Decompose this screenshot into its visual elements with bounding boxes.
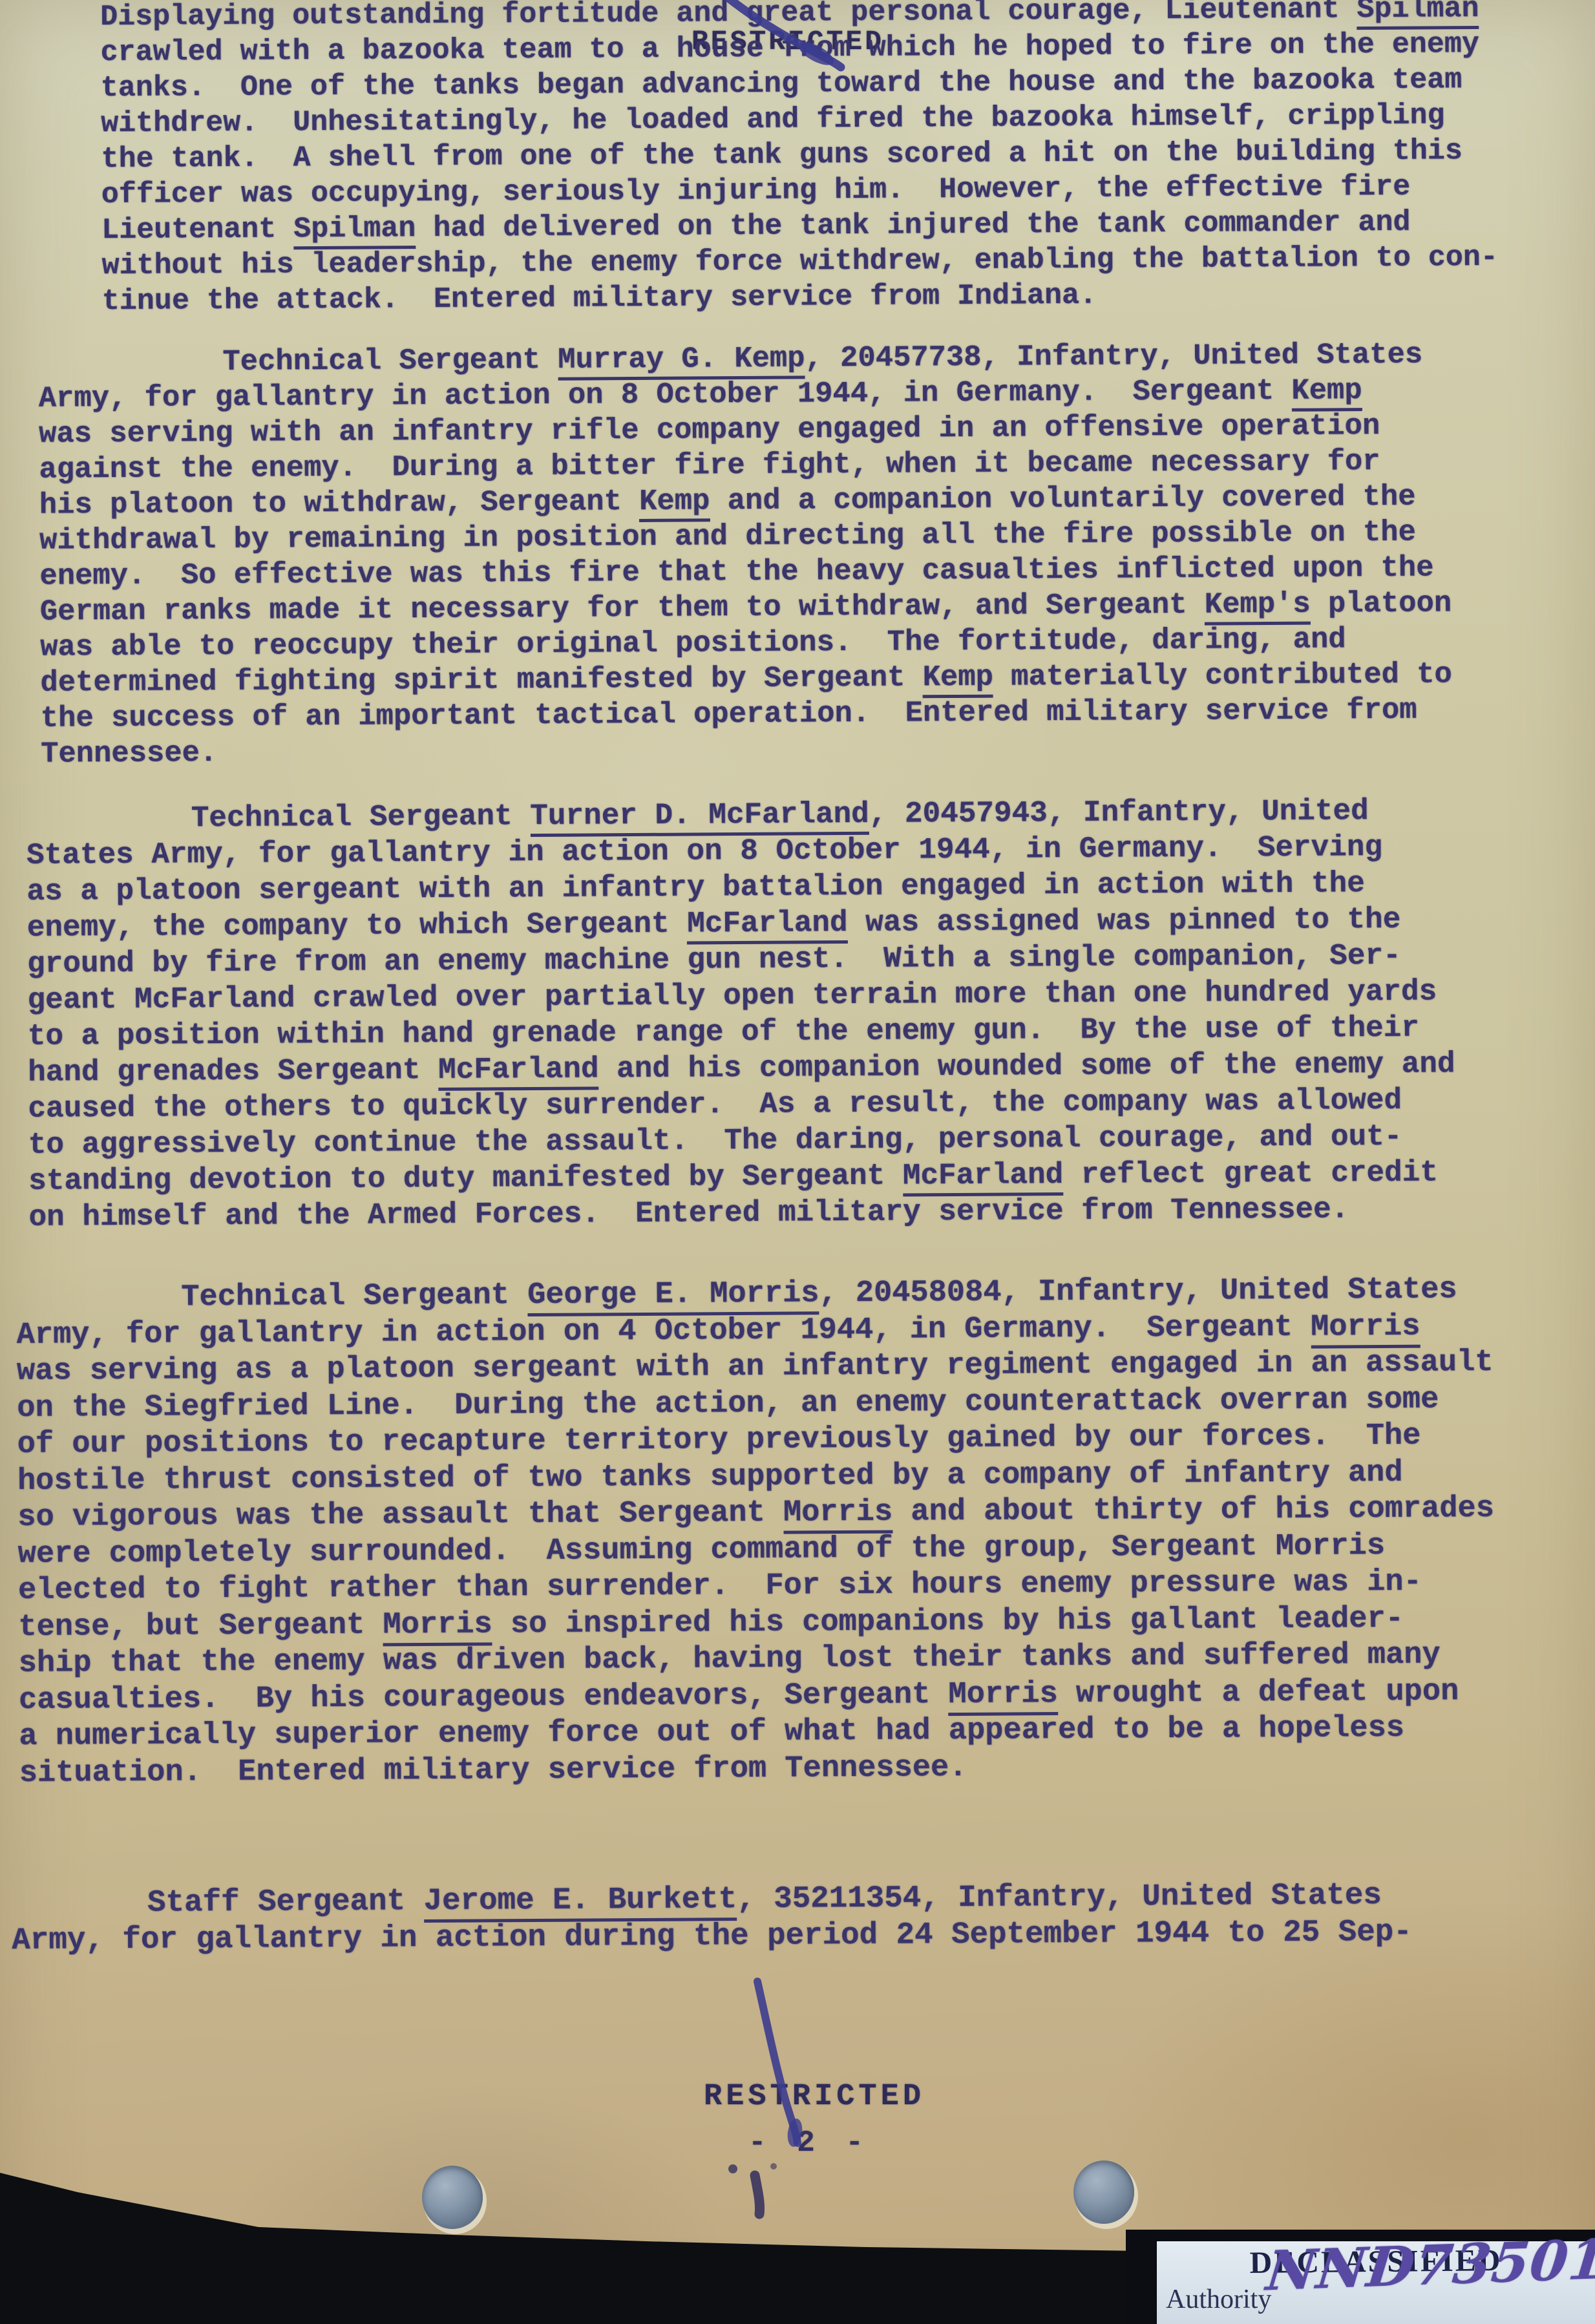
- underlined-name: McFarland: [687, 906, 848, 945]
- underlined-name: George E. Morris: [527, 1276, 819, 1316]
- underlined-name: Spilman: [1357, 0, 1479, 30]
- underlined-name: Kemp's: [1205, 587, 1311, 626]
- underlined-name: Spilman: [293, 212, 416, 249]
- punch-hole-left: [422, 2166, 483, 2229]
- page-number: - 2 -: [748, 2126, 870, 2160]
- underlined-name: Murray G. Kemp: [558, 341, 805, 380]
- underlined-name: Kemp: [639, 484, 710, 522]
- paragraph: Technical Sergeant Turner D. McFarland, …: [26, 792, 1592, 1236]
- underlined-name: Kemp: [923, 660, 994, 699]
- paragraph: Staff Sergeant Jerome E. Burkett, 352113…: [12, 1876, 1595, 1960]
- scanned-document: RESTRICTED Displaying outstanding fortit…: [0, 0, 1595, 2324]
- paragraph: Technical Sergeant Murray G. Kemp, 20457…: [38, 336, 1589, 772]
- paragraph: Technical Sergeant George E. Morris, 204…: [16, 1271, 1595, 1792]
- paragraph: Displaying outstanding fortitude and gre…: [100, 0, 1587, 319]
- classification-footer: RESTRICTED: [704, 2080, 925, 2114]
- underlined-name: Morris: [383, 1607, 492, 1646]
- underlined-name: Jerome E. Burkett: [423, 1882, 737, 1923]
- underlined-name: Kemp: [1291, 374, 1362, 412]
- underlined-name: Morris: [783, 1495, 893, 1534]
- declassified-authority-number: NND735017: [1263, 2226, 1595, 2303]
- underlined-name: Morris: [1311, 1309, 1421, 1348]
- declassified-authority-label: Authority: [1166, 2284, 1271, 2315]
- document-body: Displaying outstanding fortitude and gre…: [0, 0, 1595, 1960]
- underlined-name: McFarland: [438, 1052, 599, 1091]
- declassified-stamp: DECLASSIFIED Authority NND735017: [1157, 2241, 1595, 2324]
- underlined-name: Morris: [948, 1677, 1058, 1716]
- underlined-name: McFarland: [903, 1158, 1064, 1197]
- underlined-name: Turner D. McFarland: [530, 798, 869, 837]
- punch-hole-right: [1073, 2160, 1134, 2224]
